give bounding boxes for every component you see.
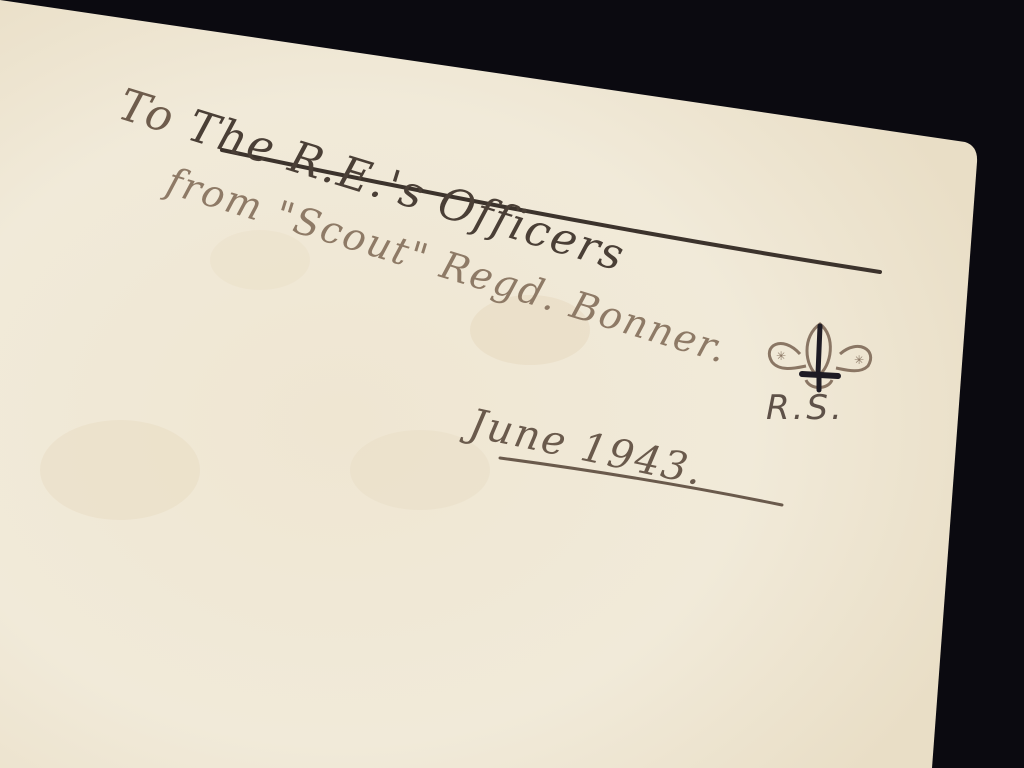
- initials: R.S.: [766, 388, 845, 428]
- fleur-de-lis-sword-icon: ✳ ✳: [762, 316, 882, 396]
- svg-text:✳: ✳: [854, 353, 864, 367]
- svg-text:✳: ✳: [776, 349, 786, 363]
- stain: [40, 420, 200, 520]
- photo-scene: To The R.E.'s Officers from "Scout" Regd…: [0, 0, 1024, 768]
